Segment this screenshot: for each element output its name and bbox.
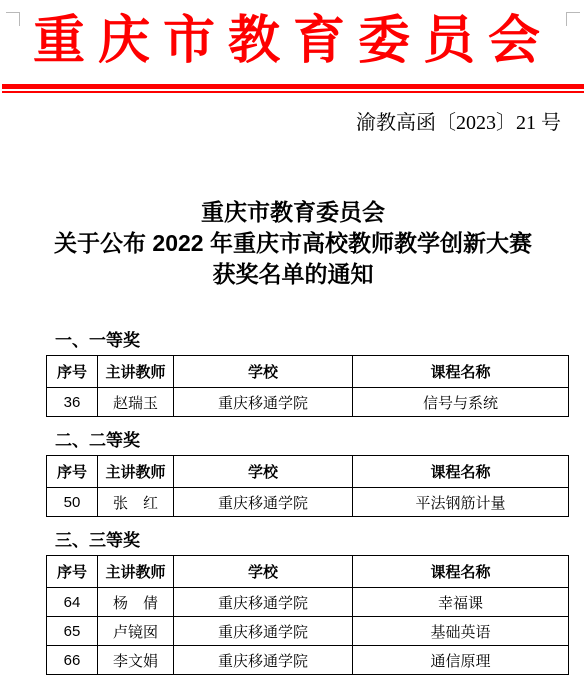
column-header-teacher: 主讲教师 bbox=[98, 556, 174, 588]
column-header-serial: 序号 bbox=[47, 456, 98, 488]
letterhead-divider-thin-line bbox=[2, 91, 584, 93]
cell-school: 重庆移通学院 bbox=[174, 617, 353, 646]
column-header-course: 课程名称 bbox=[353, 556, 569, 588]
document-reference-number: 渝教高函〔2023〕21 号 bbox=[0, 111, 586, 135]
cell-serial: 64 bbox=[47, 588, 98, 617]
column-header-teacher: 主讲教师 bbox=[98, 456, 174, 488]
cell-serial: 50 bbox=[47, 488, 98, 517]
table-row: 36 赵瑞玉 重庆移通学院 信号与系统 bbox=[47, 388, 569, 417]
table-row: 50 张 红 重庆移通学院 平法钢筋计量 bbox=[47, 488, 569, 517]
cell-school: 重庆移通学院 bbox=[174, 588, 353, 617]
cell-course: 信号与系统 bbox=[353, 388, 569, 417]
column-header-serial: 序号 bbox=[47, 556, 98, 588]
cell-serial: 65 bbox=[47, 617, 98, 646]
award-table-second-prize: 序号 主讲教师 学校 课程名称 50 张 红 重庆移通学院 平法钢筋计量 bbox=[46, 455, 569, 517]
letterhead-divider bbox=[0, 84, 586, 93]
column-header-teacher: 主讲教师 bbox=[98, 356, 174, 388]
cell-course: 幸福课 bbox=[353, 588, 569, 617]
table-row: 64 杨 倩 重庆移通学院 幸福课 bbox=[47, 588, 569, 617]
cell-teacher: 李文娟 bbox=[98, 646, 174, 675]
section-heading-third-prize: 三、三等奖 bbox=[55, 530, 568, 552]
page-corner-mark-top-left bbox=[6, 12, 20, 26]
cell-course: 基础英语 bbox=[353, 617, 569, 646]
section-first-prize: 一、一等奖 序号 主讲教师 学校 课程名称 36 赵瑞玉 重庆移通学院 信号与系… bbox=[46, 330, 568, 417]
cell-teacher: 张 红 bbox=[98, 488, 174, 517]
section-heading-first-prize: 一、一等奖 bbox=[55, 330, 568, 352]
cell-school: 重庆移通学院 bbox=[174, 646, 353, 675]
column-header-serial: 序号 bbox=[47, 356, 98, 388]
column-header-course: 课程名称 bbox=[353, 356, 569, 388]
section-heading-second-prize: 二、二等奖 bbox=[55, 430, 568, 452]
cell-course: 通信原理 bbox=[353, 646, 569, 675]
cell-teacher: 赵瑞玉 bbox=[98, 388, 174, 417]
column-header-school: 学校 bbox=[174, 556, 353, 588]
column-header-course: 课程名称 bbox=[353, 456, 569, 488]
table-header-row: 序号 主讲教师 学校 课程名称 bbox=[47, 356, 569, 388]
column-header-school: 学校 bbox=[174, 456, 353, 488]
cell-teacher: 杨 倩 bbox=[98, 588, 174, 617]
page-corner-mark-top-right bbox=[566, 12, 580, 26]
cell-course: 平法钢筋计量 bbox=[353, 488, 569, 517]
cell-serial: 66 bbox=[47, 646, 98, 675]
cell-school: 重庆移通学院 bbox=[174, 488, 353, 517]
award-table-first-prize: 序号 主讲教师 学校 课程名称 36 赵瑞玉 重庆移通学院 信号与系统 bbox=[46, 355, 569, 417]
notice-title-line-3: 获奖名单的通知 bbox=[0, 259, 586, 290]
table-header-row: 序号 主讲教师 学校 课程名称 bbox=[47, 456, 569, 488]
table-header-row: 序号 主讲教师 学校 课程名称 bbox=[47, 556, 569, 588]
section-second-prize: 二、二等奖 序号 主讲教师 学校 课程名称 50 张 红 重庆移通学院 平法钢筋… bbox=[46, 430, 568, 517]
notice-title-line-2: 关于公布 2022 年重庆市高校教师教学创新大赛 bbox=[0, 228, 586, 259]
award-table-third-prize: 序号 主讲教师 学校 课程名称 64 杨 倩 重庆移通学院 幸福课 65 卢镜囡… bbox=[46, 555, 569, 675]
document-page: { "colors": { "accent_red": "#fe0000", "… bbox=[0, 0, 586, 681]
section-third-prize: 三、三等奖 序号 主讲教师 学校 课程名称 64 杨 倩 重庆移通学院 幸福课 … bbox=[46, 530, 568, 675]
column-header-school: 学校 bbox=[174, 356, 353, 388]
notice-title: 重庆市教育委员会 关于公布 2022 年重庆市高校教师教学创新大赛 获奖名单的通… bbox=[0, 197, 586, 290]
cell-teacher: 卢镜囡 bbox=[98, 617, 174, 646]
cell-school: 重庆移通学院 bbox=[174, 388, 353, 417]
letterhead-agency-name: 重庆市教育委员会 bbox=[0, 8, 586, 76]
table-row: 65 卢镜囡 重庆移通学院 基础英语 bbox=[47, 617, 569, 646]
table-row: 66 李文娟 重庆移通学院 通信原理 bbox=[47, 646, 569, 675]
notice-title-line-1: 重庆市教育委员会 bbox=[0, 197, 586, 228]
cell-serial: 36 bbox=[47, 388, 98, 417]
